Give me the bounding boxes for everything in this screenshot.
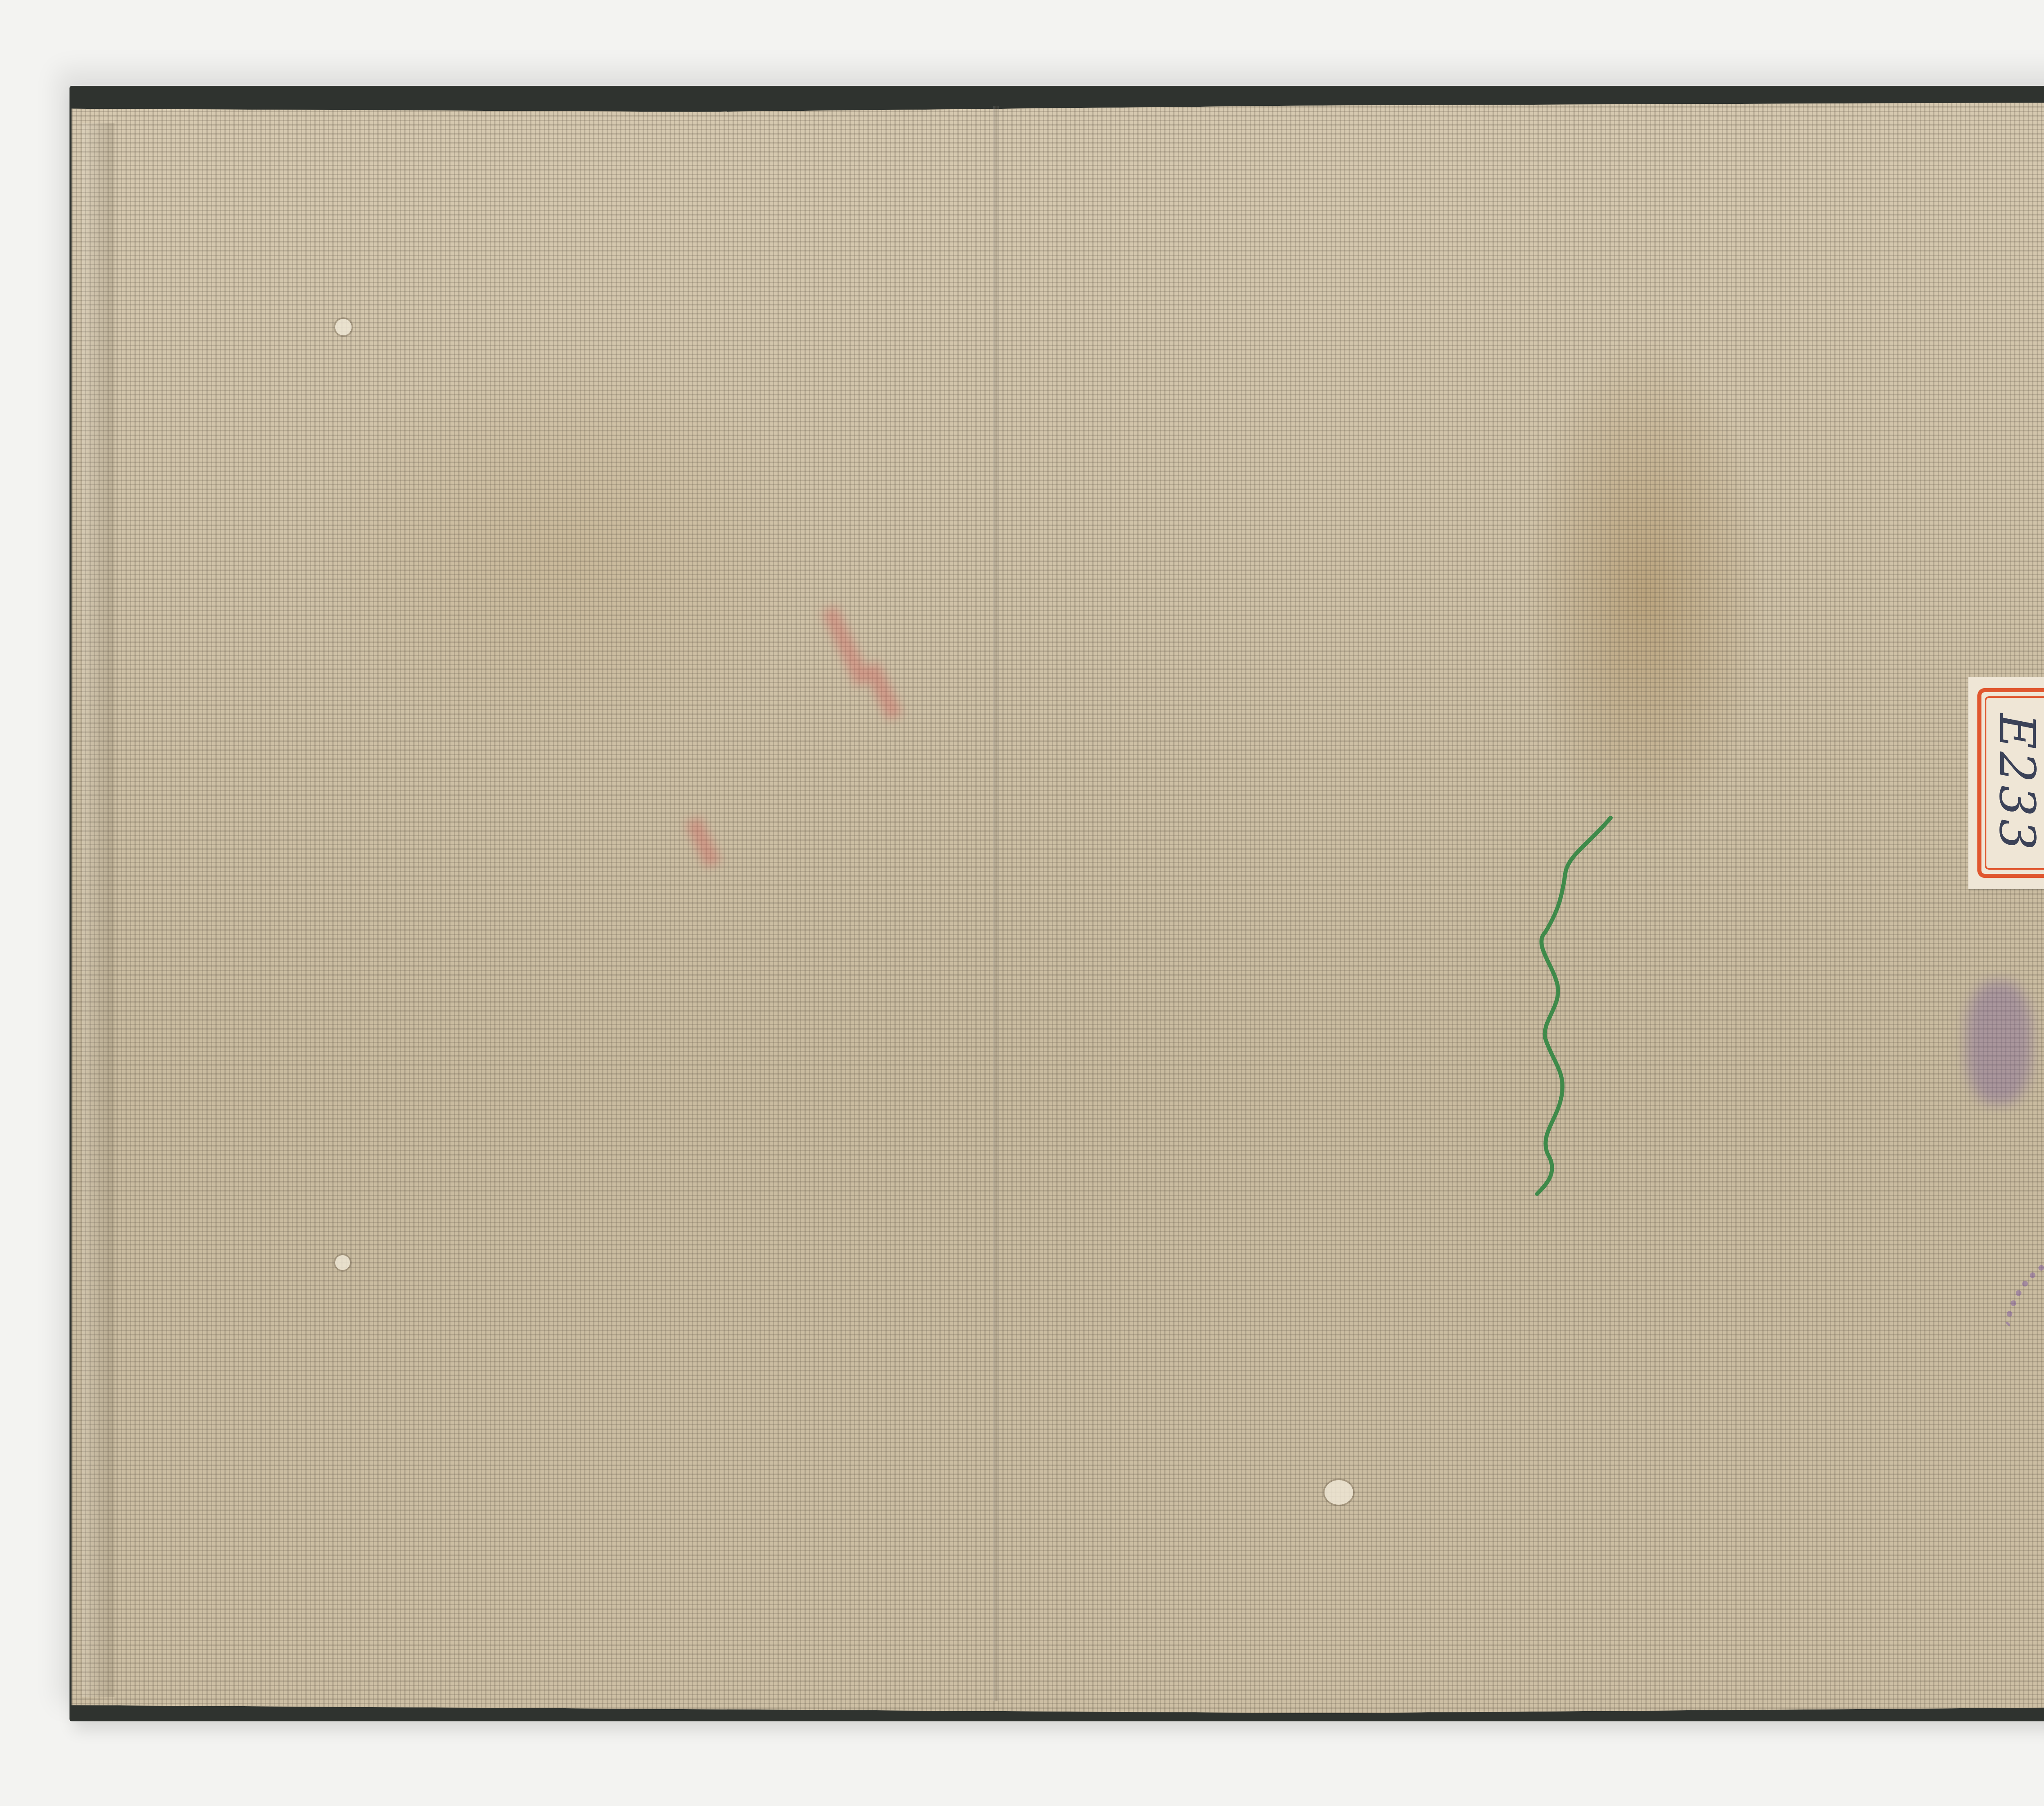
purple-stamp-mark [1966,981,2032,1104]
museum-label: E233 [1968,677,2044,889]
textile-hole [335,319,352,335]
accession-number: E233 [1988,713,2044,853]
textile-hem [82,123,114,1697]
textile-hole [1325,1480,1353,1505]
green-thread [1529,810,1627,1202]
linen-textile [72,102,2044,1713]
textile-hole [335,1255,350,1270]
center-fold [993,106,999,1701]
